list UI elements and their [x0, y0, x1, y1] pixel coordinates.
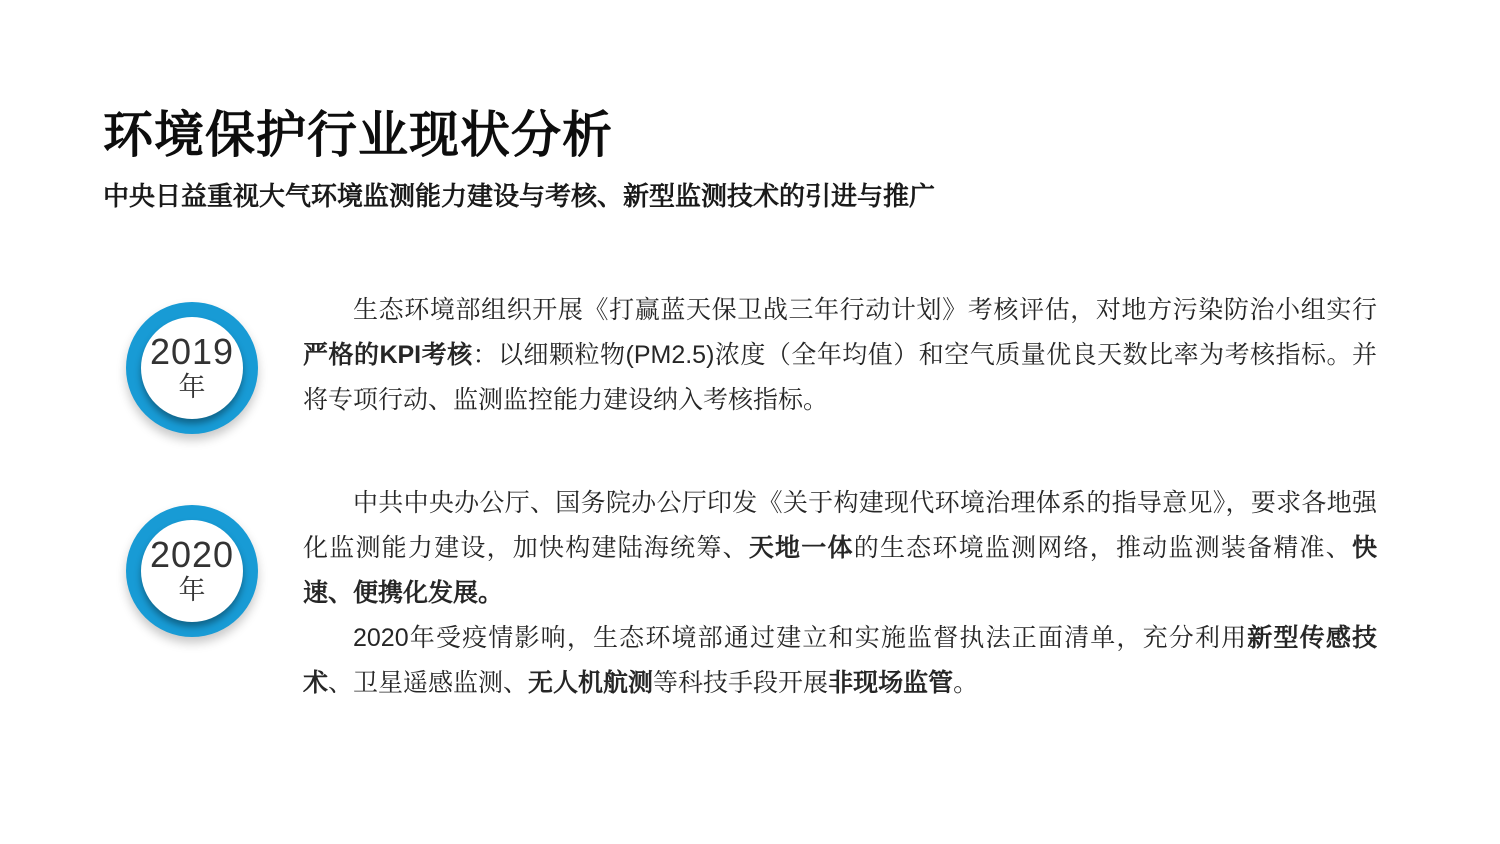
- text-run: 等科技手段开展: [653, 669, 828, 697]
- timeline-badge-2020: 2020 年: [126, 505, 258, 637]
- timeline-badge-2019-inner: 2019 年: [141, 317, 243, 419]
- year-suffix-2020: 年: [179, 574, 206, 606]
- timeline-text-2019: 生态环境部组织开展《打赢蓝天保卫战三年行动计划》考核评估，对地方污染防治小组实行…: [303, 288, 1377, 423]
- timeline-text-2020: 中共中央办公厅、国务院办公厅印发《关于构建现代环境治理体系的指导意见》，要求各地…: [303, 481, 1377, 706]
- text-run: 2020年受疫情影响，生态环境部通过建立和实施监督执法正面清单，充分利用: [353, 624, 1247, 652]
- text-run-bold: 非现场监管: [828, 669, 953, 697]
- text-run: 的生态环境监测网络，推动监测装备精准、: [854, 534, 1352, 562]
- year-label-2020: 2020: [150, 536, 234, 574]
- text-run-bold: 无人机航测: [528, 669, 653, 697]
- text-run-bold: 天地一体: [749, 534, 854, 562]
- text-run: 、卫星遥感监测、: [328, 669, 528, 697]
- text-run: 生态环境部组织开展《打赢蓝天保卫战三年行动计划》考核评估，对地方污染防治小组实行: [353, 296, 1377, 324]
- text-run-bold: 严格的KPI考核: [303, 341, 473, 369]
- page-subtitle: 中央日益重视大气环境监测能力建设与考核、新型监测技术的引进与推广: [103, 176, 935, 213]
- year-suffix-2019: 年: [179, 371, 206, 403]
- paragraph: 2020年受疫情影响，生态环境部通过建立和实施监督执法正面清单，充分利用新型传感…: [303, 616, 1377, 706]
- timeline-badge-2019: 2019 年: [126, 302, 258, 434]
- text-run: 。: [953, 669, 978, 697]
- slide: 环境保护行业现状分析 中央日益重视大气环境监测能力建设与考核、新型监测技术的引进…: [0, 0, 1500, 844]
- timeline-badge-2020-inner: 2020 年: [141, 520, 243, 622]
- paragraph: 中共中央办公厅、国务院办公厅印发《关于构建现代环境治理体系的指导意见》，要求各地…: [303, 481, 1377, 616]
- year-label-2019: 2019: [150, 333, 234, 371]
- paragraph: 生态环境部组织开展《打赢蓝天保卫战三年行动计划》考核评估，对地方污染防治小组实行…: [303, 288, 1377, 423]
- page-title: 环境保护行业现状分析: [103, 95, 613, 167]
